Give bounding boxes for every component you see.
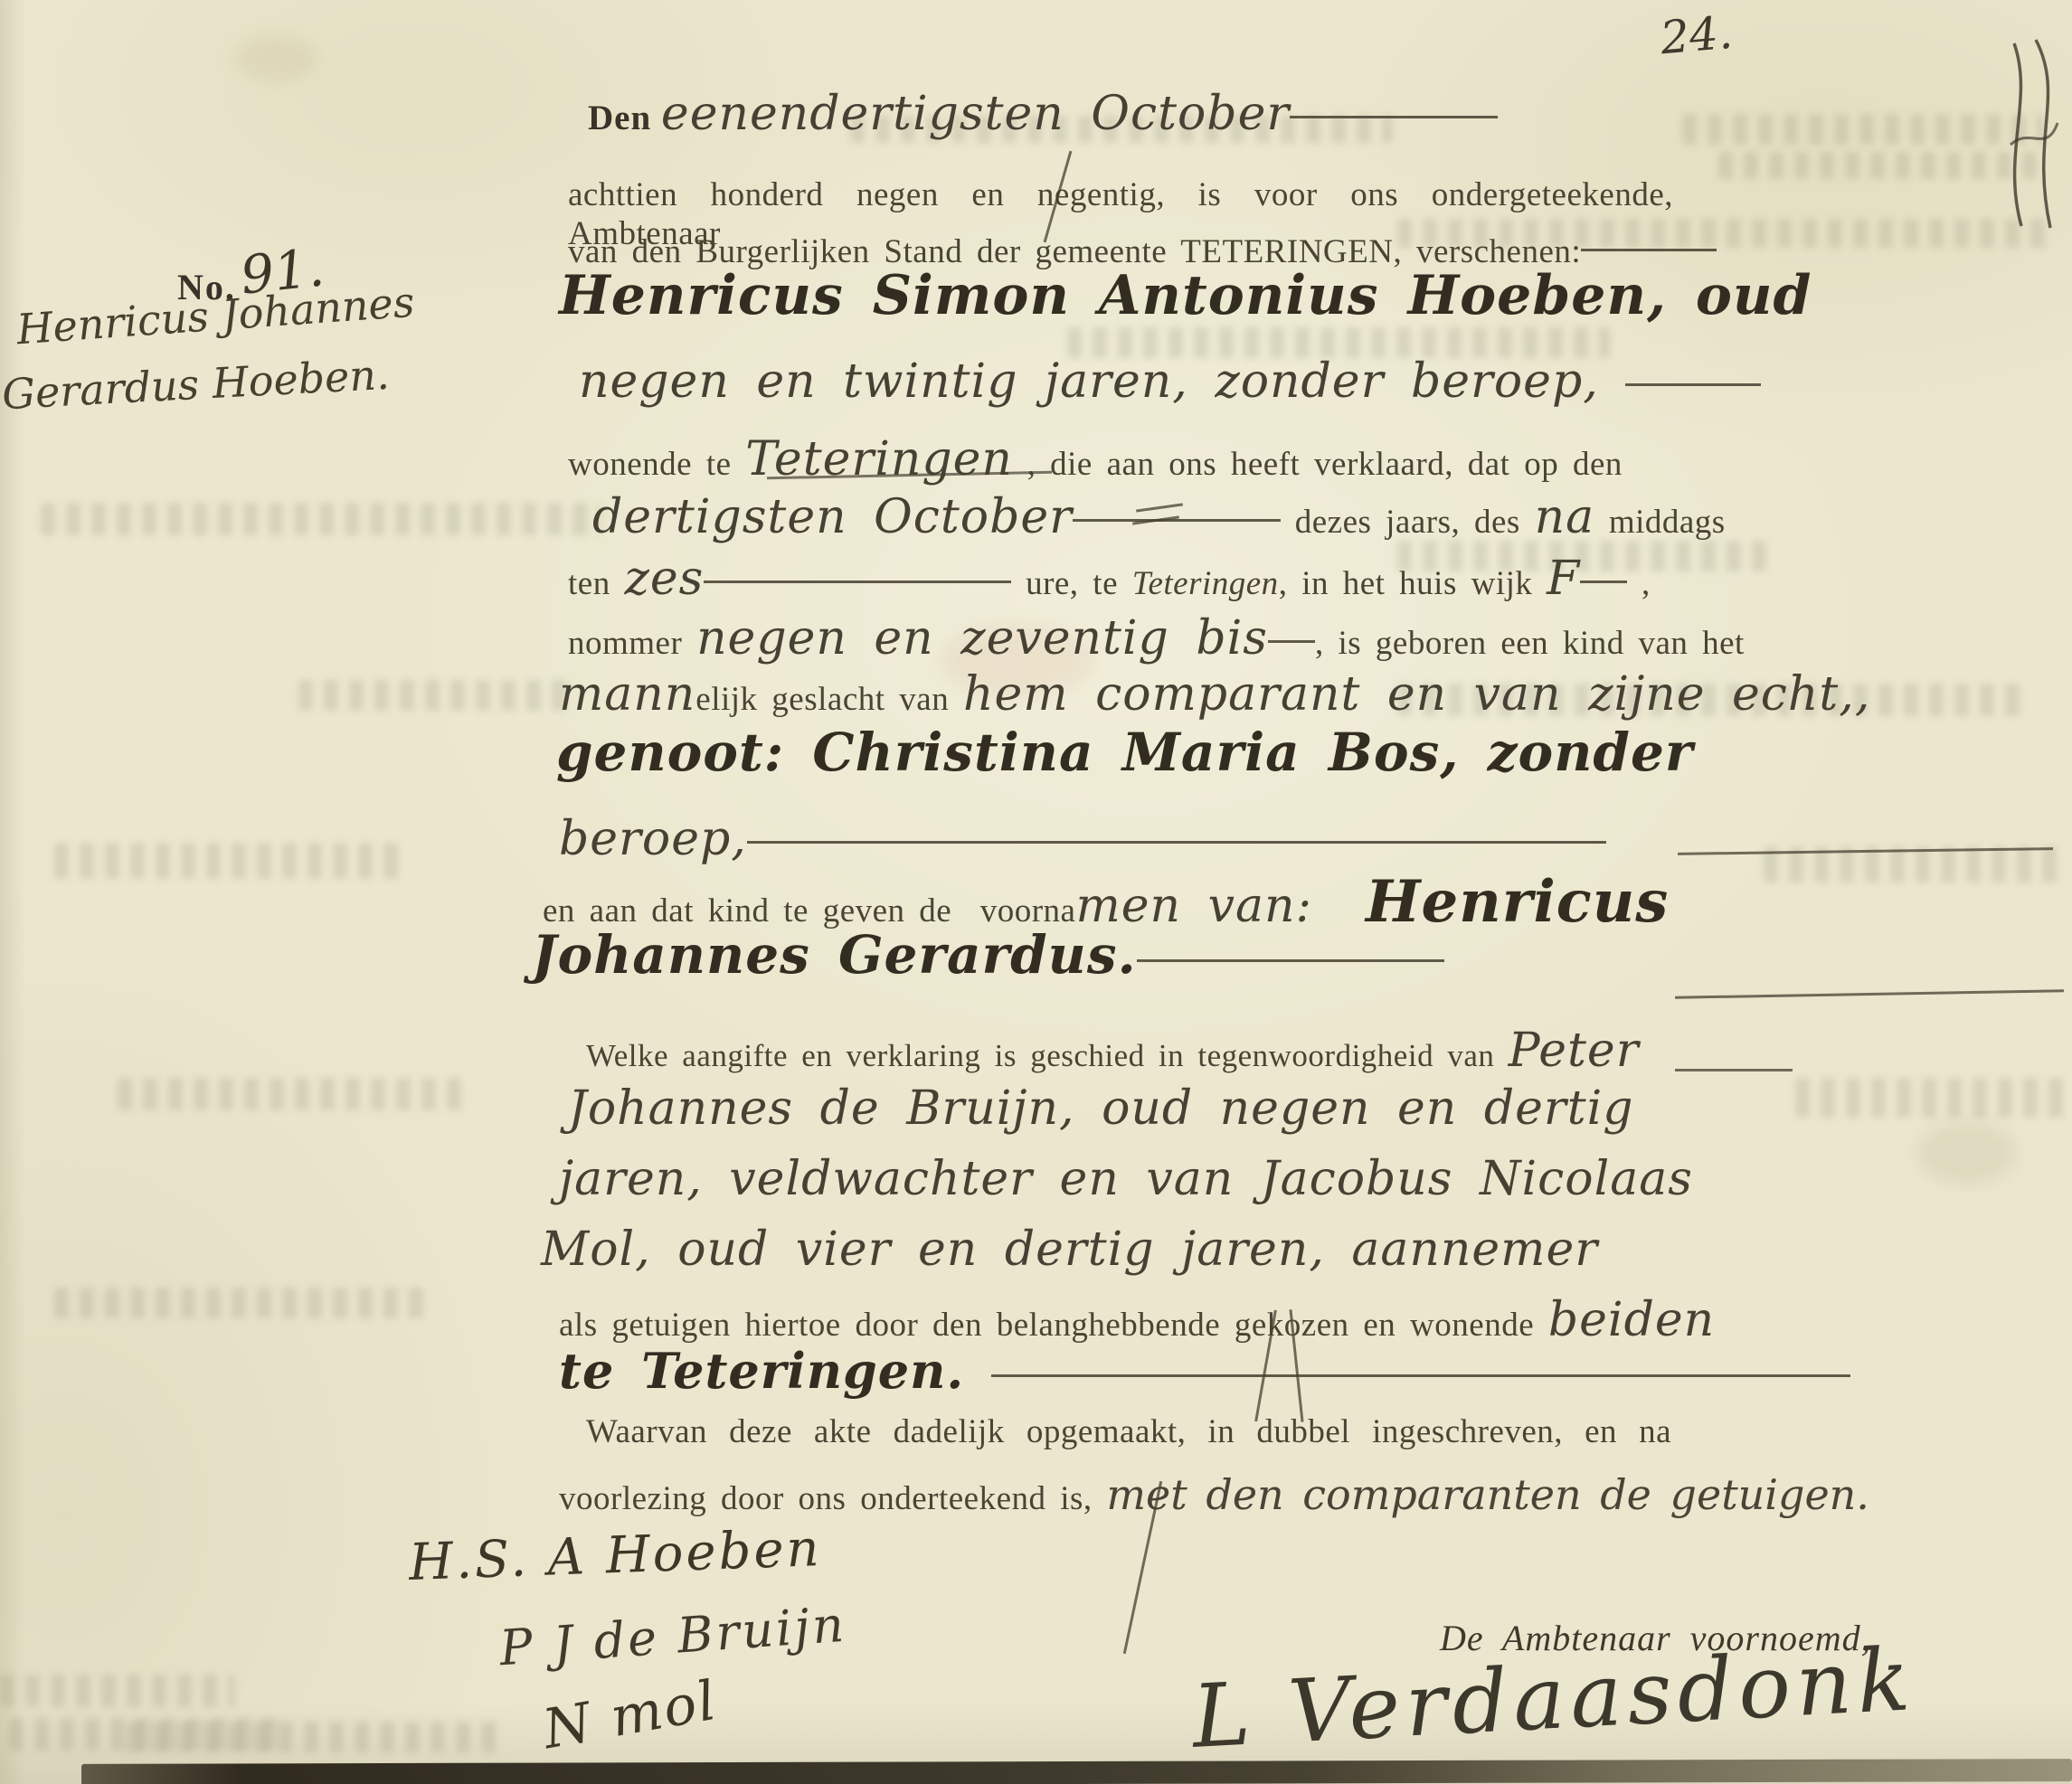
page-number: 24. <box>1659 6 1735 65</box>
witnesses-intro-line: Welke aangifte en verklaring is geschied… <box>586 1024 1640 1078</box>
officer-signature: L Verdaasdonk <box>1190 1628 1918 1768</box>
handwritten-text: negen en zeventig bis <box>696 611 1268 665</box>
handwritten-text: Peter <box>1509 1024 1640 1078</box>
paper-stain <box>235 36 317 81</box>
handwritten-text: Mol, oud vier en dertig jaren, aannemer <box>541 1222 1598 1277</box>
printed-text: Waarvan deze akte dadelijk opgemaakt, in… <box>586 1413 1671 1450</box>
declarant-signature: H.S. A Hoeben <box>408 1519 823 1592</box>
ink-show-through <box>1067 327 1610 358</box>
ruled-dash <box>991 1371 1850 1377</box>
handwritten-text: Johannes de Bruijn, oud negen en dertig <box>568 1081 1634 1136</box>
witness1-signature: P J de Bruijn <box>497 1596 848 1677</box>
witness2-signature: N mol <box>538 1669 722 1762</box>
ink-show-through <box>298 680 570 711</box>
witness2-line: Mol, oud vier en dertig jaren, aannemer <box>541 1222 1598 1277</box>
printed-text: Den <box>588 99 661 137</box>
handwritten-text: beroep, <box>559 812 747 866</box>
witnesses-town-line: te Teteringen. <box>559 1342 1850 1400</box>
handwritten-text: Johannes Gerardus. <box>532 924 1137 986</box>
printed-text: , is geboren een kind van het <box>1315 625 1745 662</box>
printed-text: nommer <box>568 625 696 662</box>
ink-show-through <box>41 503 601 535</box>
scan-page-edge <box>81 1759 2072 1784</box>
handwritten-text: mann <box>559 667 695 722</box>
ink-show-through <box>1795 1078 2067 1118</box>
printed-text: wonende te <box>568 446 745 483</box>
handwritten-text: beiden <box>1548 1293 1715 1347</box>
printed-text: voorlezing door ons onderteekend is, <box>559 1480 1106 1517</box>
birth-date-line: dertigsten October dezes jaars, des na m… <box>592 490 1726 544</box>
ruled-dash <box>1290 112 1498 118</box>
ruled-dash <box>1580 577 1627 583</box>
birth-certificate-scan: 24. No. 91. Henricus Johannes Gerardus H… <box>0 0 2072 1784</box>
mother-name-line: genoot: Christina Maria Bos, zonder <box>556 722 1693 783</box>
handwritten-text: zes <box>624 552 704 606</box>
handwritten-text: jaren, veldwachter en van Jacobus Nicola… <box>559 1152 1693 1206</box>
handwritten-text: F <box>1547 552 1580 606</box>
mother-occupation-line: beroep, <box>559 812 1606 866</box>
underline-peter <box>1675 1069 1793 1071</box>
house-number-line: nommer negen en zeventig bis, is geboren… <box>568 611 1745 665</box>
declarant-age-line: negen en twintig jaren, zonder beroep, <box>579 354 1761 409</box>
ruled-dash <box>1625 380 1761 386</box>
handwritten-text: negen en twintig jaren, zonder beroep, <box>579 354 1625 409</box>
paper-stain <box>1917 1121 2017 1185</box>
ink-show-through <box>127 1722 506 1752</box>
child-names-line: Johannes Gerardus. <box>532 924 1444 986</box>
ink-show-through <box>54 843 407 879</box>
ruled-dash-extension <box>1675 989 2064 999</box>
birth-time-line: ten zes ure, te Teteringen, in het huis … <box>568 552 1651 606</box>
printed-text: Teteringen <box>1132 565 1279 602</box>
printed-text: Welke aangifte en verklaring is geschied… <box>586 1038 1509 1073</box>
handwritten-text: met den comparanten de getuigen. <box>1106 1470 1869 1519</box>
printed-text: middags <box>1594 504 1726 541</box>
ruled-dash <box>1137 956 1444 962</box>
handwritten-text: genoot: Christina Maria Bos, zonder <box>556 722 1693 783</box>
residence-line: wonende te Teteringen , die aan ons heef… <box>568 432 1623 486</box>
printed-text: ure, te <box>1011 565 1131 602</box>
witness1-line: Johannes de Bruijn, oud negen en dertig <box>568 1081 1634 1136</box>
printed-text: elijk geslacht van <box>695 681 963 718</box>
child-sex-line: mannelijk geslacht van hem comparant en … <box>559 667 1870 722</box>
date-line: Den eenendertigsten October <box>588 87 1498 141</box>
printed-text: ten <box>568 565 624 602</box>
printed-text: , <box>1627 565 1651 602</box>
corner-pen-flourish <box>1994 36 2068 231</box>
closing-line-1: Waarvan deze akte dadelijk opgemaakt, in… <box>586 1412 1671 1451</box>
printed-text: , die aan ons heeft verklaard, dat op de… <box>1013 446 1623 483</box>
witness2-intro-line: jaren, veldwachter en van Jacobus Nicola… <box>559 1152 1693 1206</box>
printed-text: als getuigen hiertoe door den belanghebb… <box>559 1307 1548 1344</box>
handwritten-text: te Teteringen. <box>559 1342 991 1400</box>
margin-child-name-line2: Gerardus Hoeben. <box>1 350 391 419</box>
ink-show-through <box>54 1288 434 1318</box>
ruled-dash <box>1268 637 1315 643</box>
printed-text: dezes jaars, des <box>1281 504 1535 541</box>
ink-show-through <box>118 1078 470 1110</box>
handwritten-text: hem comparant en van zijne echt,, <box>963 667 1870 722</box>
ruled-dash <box>747 837 1606 844</box>
handwritten-text: na <box>1535 490 1595 544</box>
printed-text: , in het huis wijk <box>1279 565 1547 602</box>
ruled-dash <box>1581 245 1717 251</box>
handwritten-text: Henricus Simon Antonius Hoeben, oud <box>559 264 1812 327</box>
ink-show-through <box>1682 114 2044 145</box>
closing-line-2: voorlezing door ons onderteekend is, met… <box>559 1470 1869 1519</box>
declarant-name-line: Henricus Simon Antonius Hoeben, oud <box>559 264 1812 327</box>
ruled-dash <box>704 577 1011 583</box>
handwritten-text: eenendertigsten October <box>661 87 1290 141</box>
handwritten-text: dertigsten October <box>592 490 1073 544</box>
witnesses-residence-line: als getuigen hiertoe door den belanghebb… <box>559 1293 1715 1347</box>
ink-show-through <box>0 1675 235 1707</box>
